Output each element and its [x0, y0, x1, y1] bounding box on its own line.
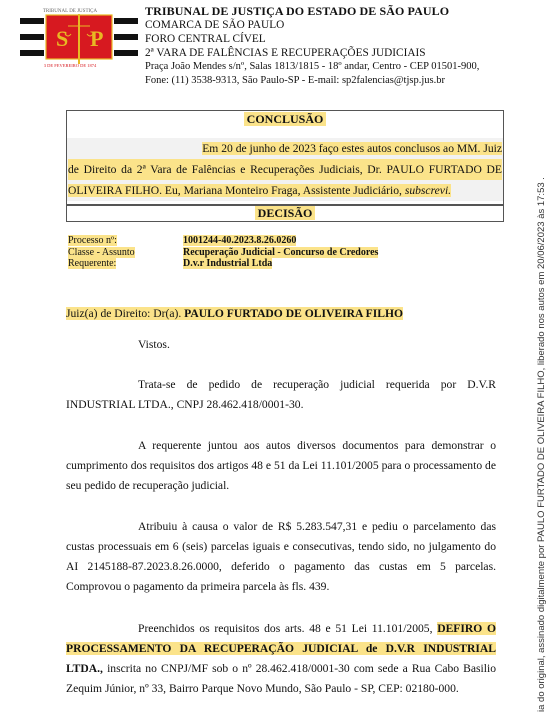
process-number-row: Processo nº: 1001244-40.2023.8.26.0260 [68, 235, 378, 247]
conclusao-text: Em 20 de junho de 2023 faço estes autos … [67, 138, 503, 201]
paragraph-3: Atribuiu à causa o valor de R$ 5.283.547… [66, 517, 496, 597]
logo-letter-s: S [56, 26, 68, 51]
header-court-name: TRIBUNAL DE JUSTIÇA DO ESTADO DE SÃO PAU… [145, 4, 479, 18]
header-address: Praça João Mendes s/nº, Salas 1813/1815 … [145, 60, 479, 74]
court-logo: TRIBUNAL DE JUSTIÇA S P 3 DE FEVEREIRO D… [2, 4, 138, 70]
judge-line: Juiz(a) de Direito: Dr(a). PAULO FURTADO… [66, 306, 403, 321]
header-contact: Fone: (11) 3538-9313, São Paulo-SP - E-m… [145, 74, 479, 88]
signature-text: ia do original, assinado digitalmente po… [536, 177, 547, 712]
paragraph-1: Trata-se de pedido de recuperação judici… [66, 375, 496, 415]
vistos: Vistos. [138, 338, 170, 351]
judge-name: PAULO FURTADO DE OLIVEIRA FILHO [184, 307, 403, 320]
process-class-row: Classe - Assunto Recuperação Judicial - … [68, 247, 378, 259]
logo-bottom-text: 3 DE FEVEREIRO DE 1874 [44, 63, 97, 68]
conclusao-title: CONCLUSÃO [67, 111, 503, 127]
paragraph-2: A requerente juntou aos autos diversos d… [66, 436, 496, 496]
digital-signature-margin: ia do original, assinado digitalmente po… [518, 0, 550, 728]
process-info: Processo nº: 1001244-40.2023.8.26.0260 C… [68, 235, 378, 270]
paragraph-4: Preenchidos os requisitos dos arts. 48 e… [66, 619, 496, 699]
process-requerente-row: Requerente: D.v.r Industrial Ltda [68, 258, 378, 270]
header-comarca: COMARCA DE SÃO PAULO [145, 18, 479, 32]
conclusao-box: CONCLUSÃO Em 20 de junho de 2023 faço es… [66, 110, 504, 205]
header-vara: 2ª VARA DE FALÊNCIAS E RECUPERAÇÕES JUDI… [145, 46, 479, 60]
logo-letter-p: P [90, 26, 103, 51]
court-header: TRIBUNAL DE JUSTIÇA DO ESTADO DE SÃO PAU… [145, 4, 479, 87]
logo-top-text: TRIBUNAL DE JUSTIÇA [43, 9, 98, 14]
header-foro: FORO CENTRAL CÍVEL [145, 32, 479, 46]
decisao-title: DECISÃO [66, 205, 504, 222]
